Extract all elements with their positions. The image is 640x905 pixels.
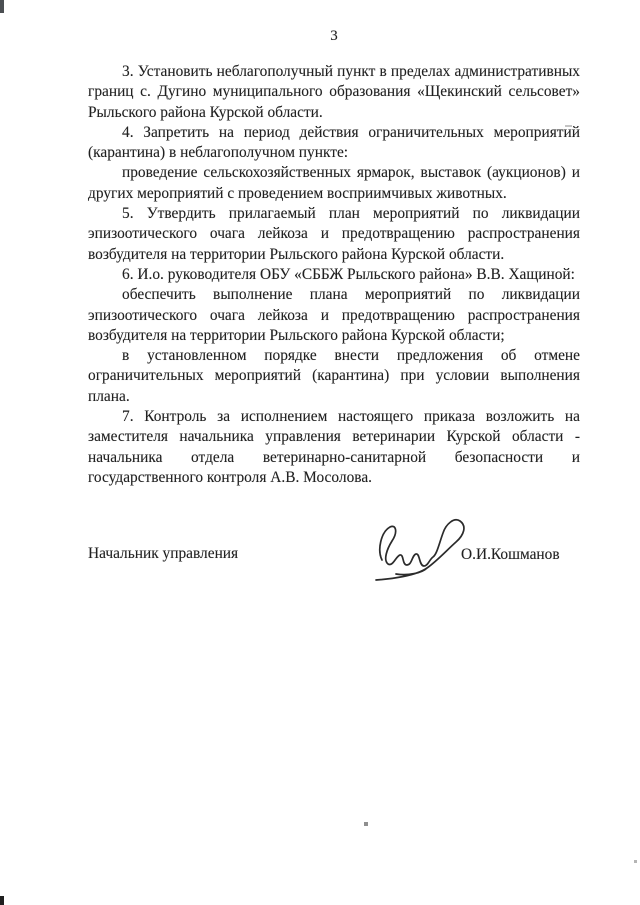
text-line: 6. И.о. руководителя ОБУ «СББЖ Рыльского…	[88, 265, 580, 285]
text-line: обеспечить выполнение плана мероприятий …	[88, 285, 580, 305]
paragraph: 5. Утвердить прилагаемый план мероприяти…	[88, 204, 580, 265]
document-body: 3. Установить неблагополучный пункт в пр…	[88, 62, 580, 488]
scan-artifact-speck	[634, 860, 637, 863]
scan-artifact-dash	[565, 125, 572, 127]
text-line: ограничительных мероприятий (карантина) …	[88, 366, 580, 386]
text-line: заместителя начальника управления ветери…	[88, 427, 580, 447]
scan-artifact-dot	[364, 822, 368, 826]
text-line: возбудителя на территории Рыльского райо…	[88, 326, 580, 346]
text-line: в установленном порядке внести предложен…	[88, 346, 580, 366]
text-line: государственного контроля А.В. Мосолова.	[88, 468, 580, 488]
paragraph: 7. Контроль за исполнением настоящего пр…	[88, 407, 580, 488]
text-line: 3. Установить неблагополучный пункт в пр…	[88, 62, 580, 82]
text-line: эпизоотического очага лейкоза и предотвр…	[88, 306, 580, 326]
page-number: 3	[88, 28, 580, 45]
text-line: (карантина) в неблагополучном пункте:	[88, 143, 580, 163]
text-line: границ с. Дугино муниципального образова…	[88, 82, 580, 102]
document-page: 3 3. Установить неблагополучный пункт в …	[0, 0, 640, 905]
text-line: возбудителя на территории Рыльского райо…	[88, 245, 580, 265]
scan-artifact-bottom-left	[0, 896, 4, 905]
text-line: эпизоотического очага лейкоза и предотвр…	[88, 224, 580, 244]
paragraph: 3. Установить неблагополучный пункт в пр…	[88, 62, 580, 123]
paragraph: 6. И.о. руководителя ОБУ «СББЖ Рыльского…	[88, 265, 580, 285]
text-line: плана.	[88, 387, 580, 407]
signatory-position: Начальник управления	[88, 545, 238, 563]
paragraph: обеспечить выполнение плана мероприятий …	[88, 285, 580, 346]
paragraph: 4. Запретить на период действия ограничи…	[88, 123, 580, 164]
text-line: проведение сельскохозяйственных ярмарок,…	[88, 163, 580, 183]
text-line: других мероприятий с проведением восприи…	[88, 184, 580, 204]
paragraph: проведение сельскохозяйственных ярмарок,…	[88, 163, 580, 204]
paragraph: в установленном порядке внести предложен…	[88, 346, 580, 407]
text-line: 7. Контроль за исполнением настоящего пр…	[88, 407, 580, 427]
text-line: Рыльского района Курской области.	[88, 103, 580, 123]
text-line: 4. Запретить на период действия ограничи…	[88, 123, 580, 143]
signatory-name: О.И.Кошманов	[461, 546, 560, 564]
text-line: начальника отдела ветеринарно-санитарной…	[88, 448, 580, 468]
scan-artifact-top-left	[0, 0, 4, 13]
text-line: 5. Утвердить прилагаемый план мероприяти…	[88, 204, 580, 224]
